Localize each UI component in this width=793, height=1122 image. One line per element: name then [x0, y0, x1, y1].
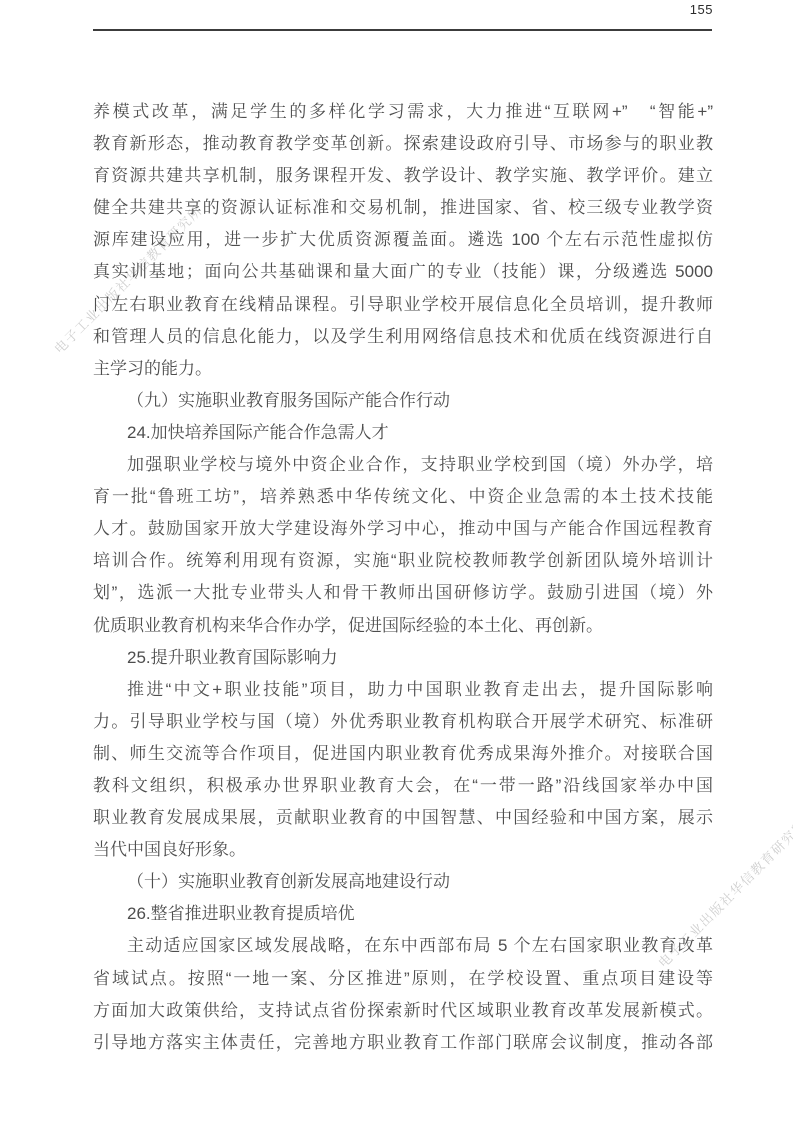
text-line: 职业教育发展成果展，贡献职业教育的中国智慧、中国经验和中国方案，展示 [93, 802, 713, 834]
header-rule [93, 29, 712, 31]
text-line: （九）实施职业教育服务国际产能合作行动 [93, 385, 713, 417]
text-line: 推进“中文+职业技能”项目，助力中国职业教育走出去，提升国际影响 [93, 674, 713, 706]
text-line: 主学习的能力。 [93, 353, 713, 385]
text-line: 教科文组织，积极承办世界职业教育大会，在“一带一路”沿线国家举办中国 [93, 770, 713, 802]
text-line: 当代中国良好形象。 [93, 834, 713, 866]
text-line: 省域试点。按照“一地一案、分区推进”原则，在学校设置、重点项目建设等 [93, 963, 713, 995]
text-line: 划”，选派一大批专业带头人和骨干教师出国研修访学。鼓励引进国（境）外 [93, 577, 713, 609]
text-line: 力。引导职业学校与国（境）外优秀职业教育机构联合开展学术研究、标准研 [93, 706, 713, 738]
text-line: 主动适应国家区域发展战略，在东中西部布局 5 个左右国家职业教育改革 [93, 930, 713, 962]
text-line: 育资源共建共享机制，服务课程开发、教学设计、教学实施、教学评价。建立 [93, 160, 713, 192]
text-line: 健全共建共享的资源认证标准和交易机制，推进国家、省、校三级专业教学资 [93, 192, 713, 224]
text-line: 源库建设应用，进一步扩大优质资源覆盖面。遴选 100 个左右示范性虚拟仿 [93, 224, 713, 256]
text-line: 和管理人员的信息化能力，以及学生利用网络信息技术和优质在线资源进行自 [93, 321, 713, 353]
text-line: 加强职业学校与境外中资企业合作，支持职业学校到国（境）外办学，培 [93, 449, 713, 481]
text-line: 方面加大政策供给，支持试点省份探索新时代区域职业教育改革发展新模式。 [93, 995, 713, 1027]
text-line: 真实训基地；面向公共基础课和量大面广的专业（技能）课，分级遴选 5000 [93, 256, 713, 288]
text-line: 26.整省推进职业教育提质培优 [93, 898, 713, 930]
text-line: 制、师生交流等合作项目，促进国内职业教育优秀成果海外推介。对接联合国 [93, 738, 713, 770]
text-line: 育一批“鲁班工坊”，培养熟悉中华传统文化、中资企业急需的本土技术技能 [93, 481, 713, 513]
text-line: 引导地方落实主体责任，完善地方职业教育工作部门联席会议制度，推动各部 [93, 1027, 713, 1059]
text-line: 人才。鼓励国家开放大学建设海外学习中心，推动中国与产能合作国远程教育 [93, 513, 713, 545]
text-line: 门左右职业教育在线精品课程。引导职业学校开展信息化全员培训，提升教师 [93, 289, 713, 321]
document-page: 155 电子工业出版社华信教育研究所 电子工业出版社华信教育研究所 养模式改革，… [0, 0, 793, 1122]
text-line: 24.加快培养国际产能合作急需人才 [93, 417, 713, 449]
text-line: （十）实施职业教育创新发展高地建设行动 [93, 866, 713, 898]
text-line: 25.提升职业教育国际影响力 [93, 642, 713, 674]
body-text: 养模式改革，满足学生的多样化学习需求，大力推进“互联网+” “智能+”教育新形态… [93, 96, 713, 1059]
page-number: 155 [690, 2, 713, 17]
text-line: 优质职业教育机构来华合作办学，促进国际经验的本土化、再创新。 [93, 610, 713, 642]
text-line: 养模式改革，满足学生的多样化学习需求，大力推进“互联网+” “智能+” [93, 96, 713, 128]
text-line: 培训合作。统筹利用现有资源，实施“职业院校教师教学创新团队境外培训计 [93, 545, 713, 577]
text-line: 教育新形态，推动教育教学变革创新。探索建设政府引导、市场参与的职业教 [93, 128, 713, 160]
